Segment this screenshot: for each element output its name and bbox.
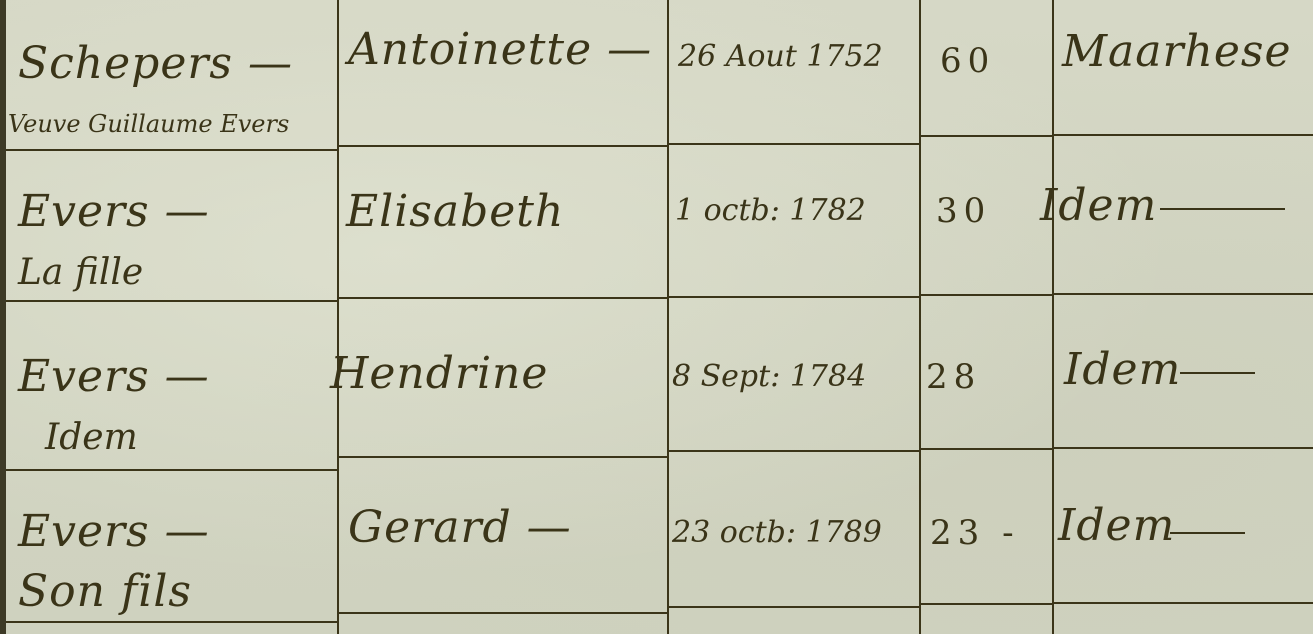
surname-cell: Evers — [18, 190, 210, 234]
relation-cell: Idem [45, 420, 138, 456]
row-rule-4e [1054, 602, 1313, 604]
row-rule-2d [921, 294, 1052, 296]
ditto-dash [1160, 208, 1285, 210]
row-rule-4d [921, 603, 1052, 605]
row-rule-3b [339, 456, 667, 458]
relation-cell: Son fils [18, 570, 192, 614]
row-rule-2b [339, 297, 667, 299]
date-cell: 8 Sept: 1784 [672, 362, 866, 392]
row-rule-3e [1054, 447, 1313, 449]
row-rule-3a [6, 469, 337, 471]
row-rule-2e [1054, 293, 1313, 295]
row-rule-2a [6, 300, 337, 302]
row-rule-1d [921, 135, 1052, 137]
row-rule-4a [6, 621, 337, 623]
column-rule-4 [1052, 0, 1054, 634]
age-cell: 60 [940, 44, 995, 78]
row-rule-1a [6, 149, 337, 151]
birthplace-cell: Idem [1058, 504, 1175, 548]
surname-cell: Evers — [18, 355, 210, 399]
page-binding-edge [0, 0, 6, 634]
surname-cell: Schepers — [18, 42, 293, 86]
relation-cell: La fille [18, 255, 143, 291]
birthplace-cell: Idem [1064, 348, 1181, 392]
column-rule-1 [337, 0, 339, 634]
birthplace-cell: Maarhese [1062, 30, 1292, 74]
age-cell: 30 [936, 194, 991, 228]
row-rule-4b [339, 612, 667, 614]
row-rule-3c [669, 450, 919, 452]
age-cell: 23 - [930, 516, 1020, 550]
row-rule-1b [339, 145, 667, 147]
given-name-cell: Hendrine [330, 352, 548, 396]
row-rule-4c [669, 606, 919, 608]
age-cell: 28 [926, 360, 981, 394]
date-cell: 23 octb: 1789 [672, 518, 882, 548]
birthplace-cell: Idem [1040, 184, 1157, 228]
row-rule-3d [921, 448, 1052, 450]
row-rule-1e [1054, 134, 1313, 136]
column-rule-3 [919, 0, 921, 634]
ditto-dash [1180, 372, 1255, 374]
row-rule-1c [669, 143, 919, 145]
given-name-cell: Antoinette — [348, 28, 652, 72]
surname-cell: Evers — [18, 510, 210, 554]
relation-cell: Veuve Guillaume Evers [8, 112, 289, 136]
date-cell: 1 octb: 1782 [675, 196, 866, 226]
row-rule-2c [669, 296, 919, 298]
column-rule-2 [667, 0, 669, 634]
given-name-cell: Elisabeth [346, 190, 564, 234]
given-name-cell: Gerard — [348, 506, 572, 550]
date-cell: 26 Aout 1752 [678, 42, 883, 72]
ditto-dash [1170, 532, 1245, 534]
